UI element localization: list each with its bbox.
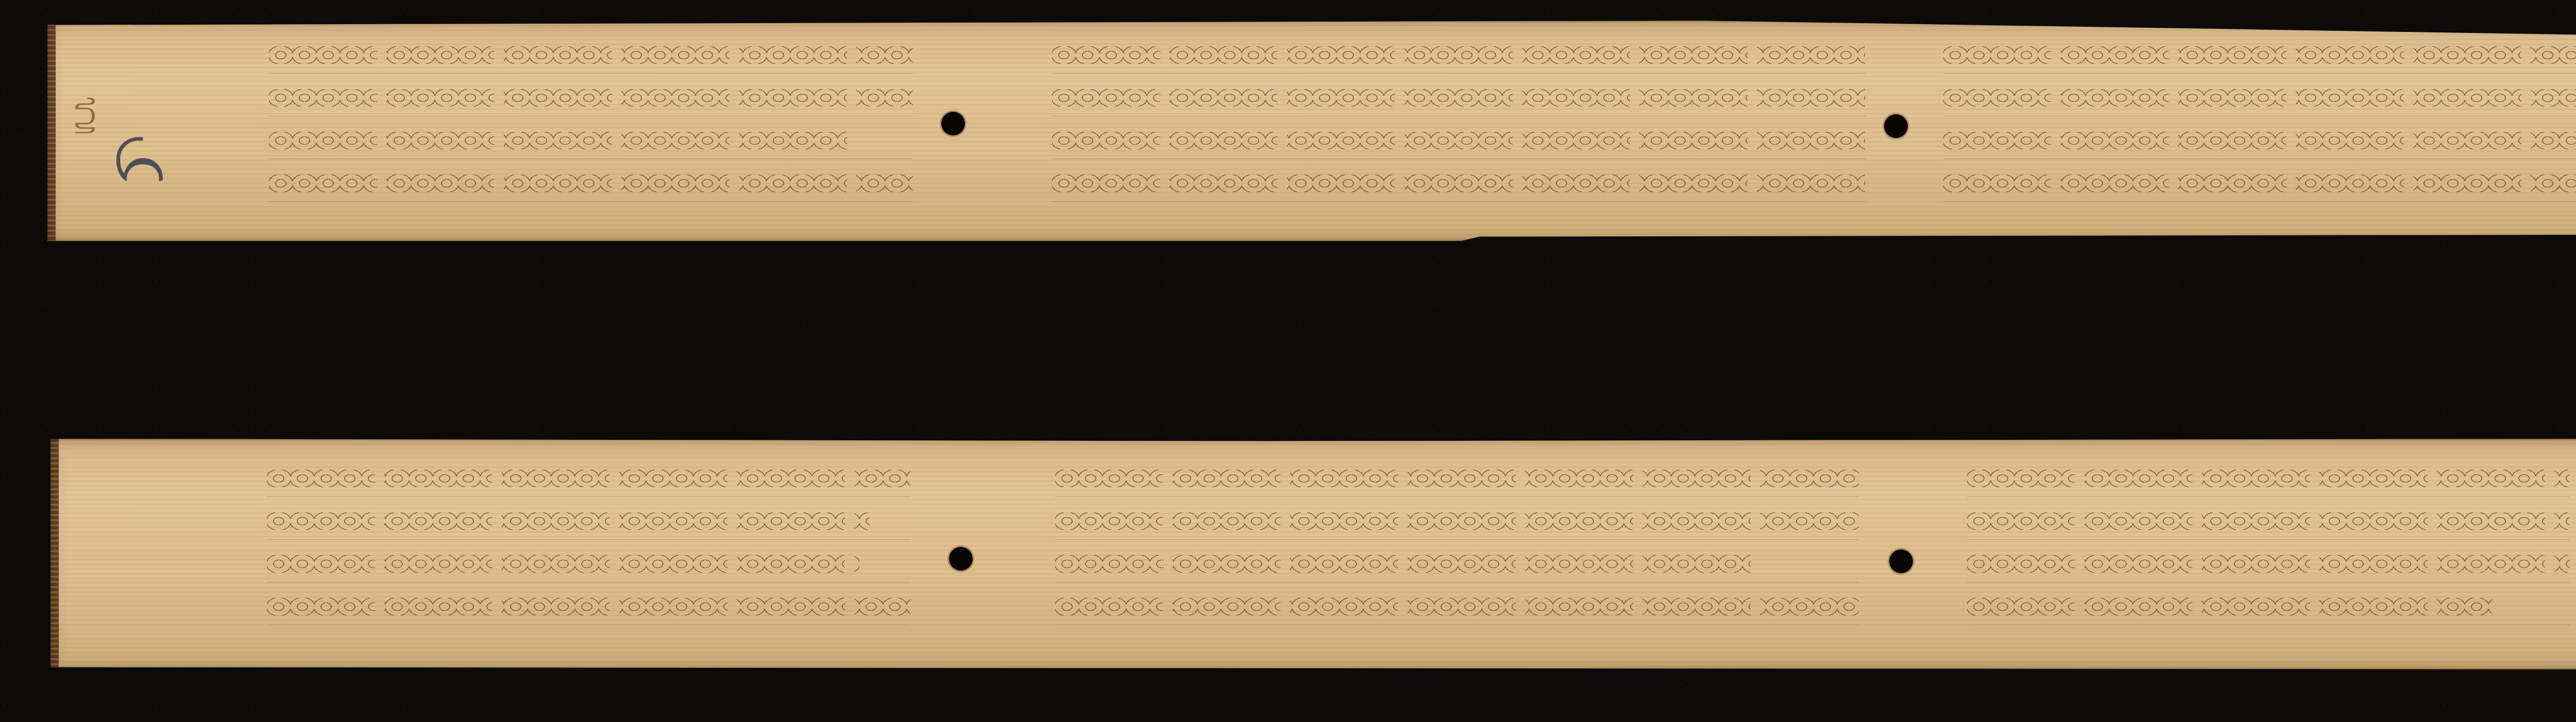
script-line — [1943, 31, 2576, 74]
leaf-number: ᭖ — [112, 116, 167, 193]
script-line — [1052, 116, 1866, 159]
script-line — [267, 540, 911, 582]
script-line — [1967, 454, 2570, 497]
binding-hole-right — [1889, 549, 1913, 573]
script-line — [1943, 159, 2576, 202]
text-column-left — [269, 31, 913, 202]
script-line — [267, 582, 911, 625]
leaf-edge-left — [50, 439, 59, 669]
script-line — [269, 159, 913, 202]
script-line — [1055, 497, 1859, 540]
script-line — [1967, 582, 2570, 625]
script-line — [267, 497, 911, 540]
margin-mark: ᬕ — [70, 96, 106, 135]
binding-hole-left — [949, 547, 973, 571]
text-column-right — [1943, 31, 2576, 202]
script-line — [1052, 159, 1866, 202]
script-line — [1052, 74, 1866, 116]
leaf-edge-left — [47, 21, 56, 241]
script-line — [1055, 540, 1859, 582]
script-line — [1967, 497, 2570, 540]
text-column-middle — [1055, 454, 1859, 625]
text-column-left — [267, 454, 911, 625]
binding-hole-left — [941, 112, 965, 135]
script-line — [269, 74, 913, 116]
palm-leaf-top: ᬕ ᭖ — [47, 21, 2576, 241]
text-column-middle — [1052, 31, 1866, 202]
script-line — [269, 116, 913, 159]
script-line — [267, 454, 911, 497]
script-line — [1943, 74, 2576, 116]
text-column-right — [1967, 454, 2570, 625]
script-line — [269, 31, 913, 74]
palm-leaf-bottom — [50, 439, 2576, 669]
script-line — [1943, 116, 2576, 159]
binding-hole-right — [1884, 114, 1908, 138]
script-line — [1967, 540, 2570, 582]
script-line — [1052, 31, 1866, 74]
script-line — [1055, 454, 1859, 497]
script-line — [1055, 582, 1859, 625]
